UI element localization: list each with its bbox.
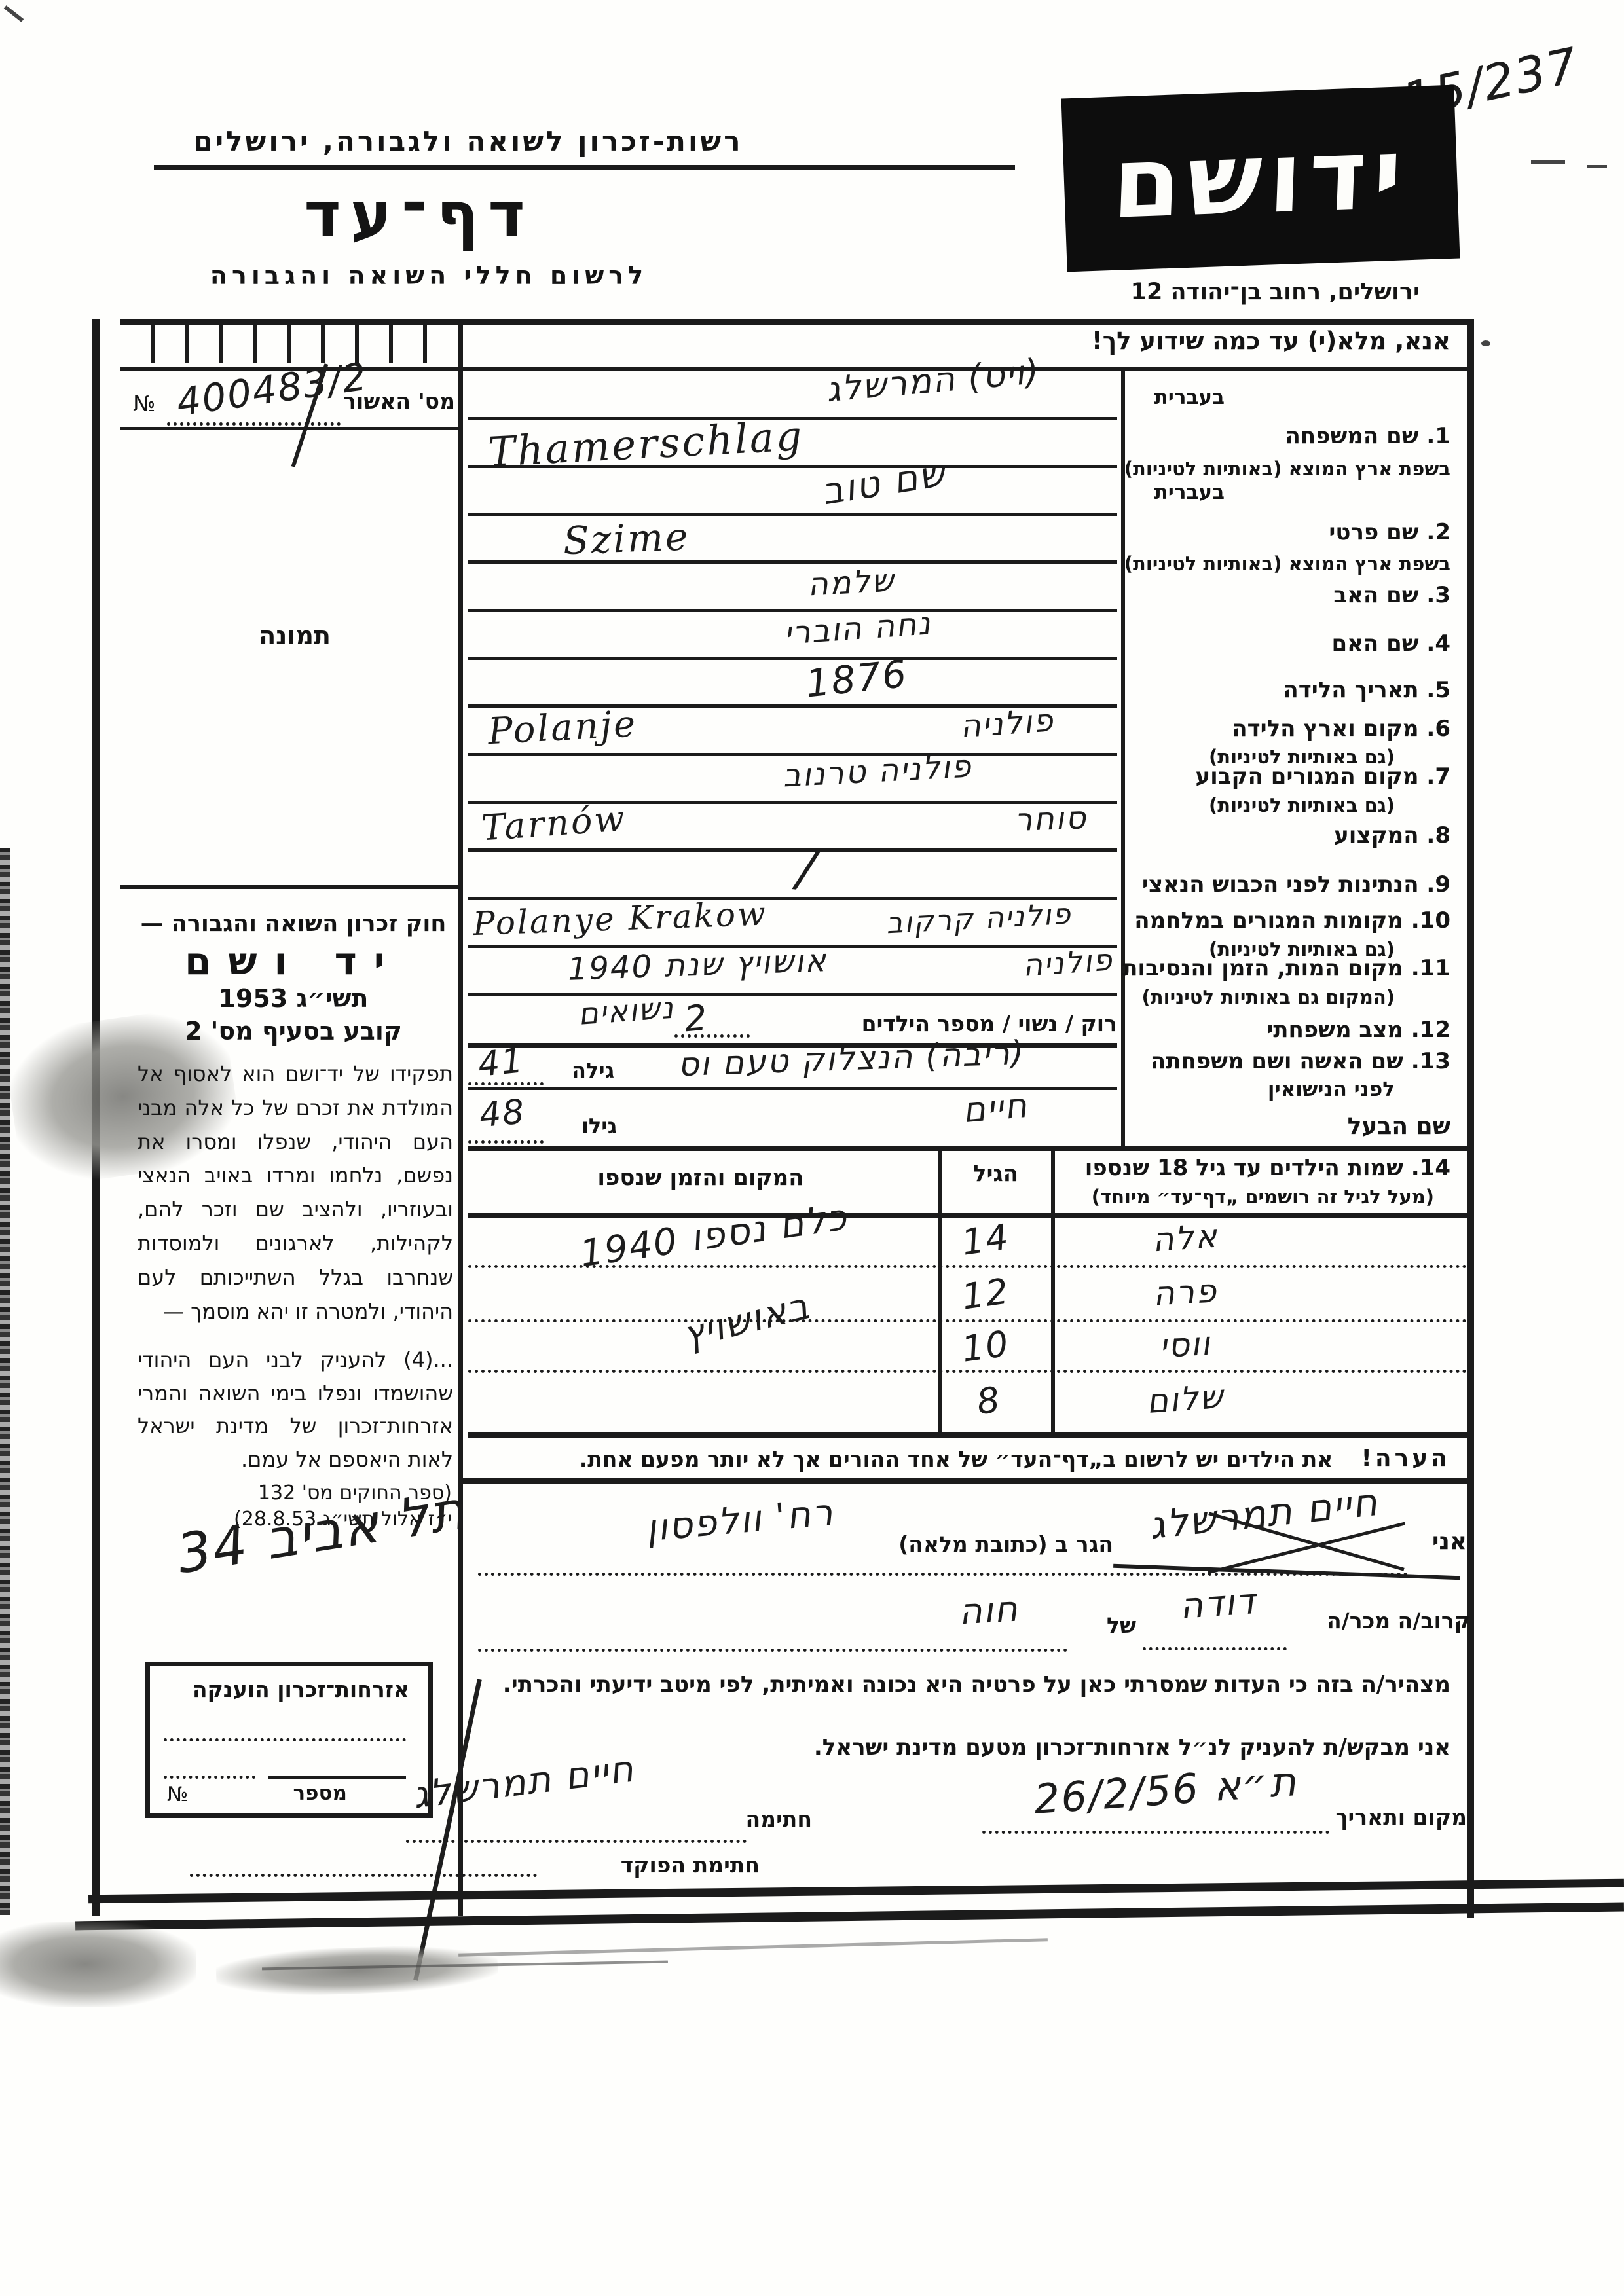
official-dotted (190, 1874, 537, 1877)
left-column-divider (458, 319, 463, 1916)
child-age-hw: 8 (950, 1376, 1027, 1427)
child-age-hw: 12 (940, 1267, 1031, 1320)
field14-label: 14. שמות הילדים עד גיל 18 שנספו (1084, 1154, 1450, 1182)
approval-rule (120, 427, 458, 430)
field7-label: 7. מקום המגורים הקבוע (1136, 763, 1450, 791)
wife-age-hw: 41 (476, 1039, 545, 1085)
birth-year-hw: 1876 (803, 642, 1003, 706)
address-line: ירושלים, רחוב בן־יהודה 12 (1064, 278, 1486, 307)
field8-label: 8. המקצוע (1136, 822, 1450, 850)
of-label: של (1077, 1612, 1136, 1639)
field10-label: 10. מקומות המגורים במלחמה (1110, 907, 1450, 935)
official-signature-label: חתימת הפוקד (563, 1851, 760, 1878)
resides-label: הגר ב (כתובת מלאה) (897, 1531, 1113, 1558)
table-vertical (1051, 1146, 1055, 1437)
answer-rule (468, 657, 1117, 660)
child-name-hw: אלה (1086, 1212, 1284, 1264)
field2-label: 2. שם פרטי (1136, 519, 1450, 547)
scan-scratch (458, 1938, 1048, 1957)
relation-hw: דודה (1148, 1578, 1288, 1629)
firstname-latin-hw: Szime (563, 511, 793, 563)
table-bottom-rule (468, 1432, 1467, 1438)
field2-pre-label: בעברית (1080, 480, 1225, 505)
law-top-rule (120, 885, 458, 889)
signature-label: חתימה (714, 1806, 812, 1832)
scanned-testimony-page: רשות-זכרון לשואה ולגבורה, ירושלים דף־עד … (0, 0, 1624, 2296)
declaration-dotted (478, 1649, 1067, 1652)
grant-number-symbol: № (167, 1782, 206, 1808)
law-body-2: ...(4) להעניק לבני העם היהודי שהושמדו ונ… (138, 1343, 453, 1476)
place-date-hw: ת״א 26/2/56 (1007, 1755, 1324, 1825)
margin-dot (1481, 340, 1490, 346)
marital-status-hw: נשואים (516, 990, 675, 1036)
header-rule (154, 165, 1015, 170)
birth-place-hebrew-hw: פולניה (870, 702, 1055, 751)
scan-smudge (0, 1922, 196, 2007)
husband-age-hw: 48 (478, 1091, 547, 1135)
approval-number-symbol: № (133, 390, 172, 417)
bottom-bar (75, 1903, 1624, 1931)
law-body-1: תפקידו של יד־ושם הוא לאסוף אל המולדת את … (138, 1057, 453, 1329)
child-age-hw: 14 (940, 1213, 1031, 1266)
of-name-hw: חוה (910, 1586, 1069, 1635)
photo-label: תמונה (131, 621, 458, 652)
ruler-tick (321, 322, 325, 363)
field5-label: 5. תאריך הלידה (1136, 676, 1450, 704)
column-header-place: המקום והזמן שנספו (485, 1164, 917, 1192)
margin-dash (1587, 165, 1607, 168)
law-year: תשי״ג 1953 (133, 983, 454, 1015)
form-border-right (1467, 319, 1474, 1918)
declaration-statement: מצהיר/ה בזה כי העדות שמסרתי כאן על פרטיה… (468, 1671, 1450, 1699)
ruler-tick (287, 322, 291, 363)
field4-label: 4. שם האם (1136, 630, 1450, 658)
child-name-hw: שלום (1086, 1374, 1284, 1425)
war-places-hebrew-hw: פולניה קרקוב (844, 895, 1114, 942)
form-title: דף־עד (275, 175, 563, 254)
field12-label: 12. מצב משפחתי (1136, 1016, 1450, 1044)
yad-vashem-logo: ידושם (1061, 85, 1460, 272)
place-date-dotted (982, 1831, 1329, 1834)
org-title: רשות-זכרון לשואה ולגבורה, ירושלים (154, 124, 783, 159)
field14-sub-label: (מעל לגיל זה רושמים „דף־עד״ מיוחד) (1080, 1185, 1434, 1209)
residence-latin-hw: Tarnów (480, 790, 737, 848)
grant-box-line (268, 1776, 406, 1779)
scan-smudge (215, 1943, 498, 1999)
bottom-bar (88, 1879, 1624, 1904)
ruler-tick (219, 322, 223, 363)
ruler-tick (151, 322, 155, 363)
place-date-label: מקום ותאריך (1329, 1804, 1467, 1831)
fill-instruction: אנא, מלא(י) עד כמה שידוע לך! (796, 326, 1450, 356)
declarant-i-label: אני (1408, 1527, 1467, 1556)
answer-rule (468, 609, 1117, 612)
table-row-dotted (468, 1319, 1467, 1322)
child-age-hw: 10 (940, 1320, 1031, 1372)
address-hw: רח' וולפסון (588, 1486, 892, 1555)
field3-label: 3. שם האב (1136, 581, 1450, 610)
field13-label: 13. שם האשה ושם משפחתה (1123, 1048, 1450, 1076)
field11-label: 11. מקום המות, הזמן והנסיבות (1110, 955, 1450, 983)
relative-label: קרוב/ה מכר/ה (1287, 1607, 1470, 1634)
column-header-age: הגיל (942, 1160, 1050, 1188)
table-header-rule (468, 1213, 1467, 1218)
field7-sub-label: (גם באותיות לטיניות) (1120, 793, 1395, 817)
grant-box-title: אזרחות־זכרון הוענקה (160, 1676, 409, 1703)
profession-hw: סוחר (903, 799, 1088, 843)
husband-age-label: גילו (551, 1113, 617, 1139)
residence-hebrew-hw: פולניה טרנוב (700, 744, 1055, 799)
child-name-hw: פרה (1086, 1268, 1285, 1317)
field13-sub-label: לפני הנישואין (1120, 1077, 1395, 1102)
grant-box-dotted (164, 1776, 255, 1779)
logo-text: ידושם (1111, 116, 1411, 240)
field6-label: 6. מקום וארץ הלידה (1136, 715, 1450, 743)
children-count-hw: 2 (682, 994, 738, 1040)
pen-flourish (1113, 1564, 1460, 1580)
declaration-dotted (478, 1573, 1408, 1576)
ruler-tick (253, 322, 257, 363)
declaration-request: אני מבקש/ת להעניק לנ״ל אזרחות־זכרון מטעם… (730, 1734, 1450, 1762)
wife-age-label: גילה (549, 1057, 614, 1084)
child-name-hw: ווסי (1086, 1321, 1285, 1369)
law-clause: קובע בסעיף מס' 2 (133, 1016, 454, 1048)
ruler-tick (185, 322, 189, 363)
signature-dotted (406, 1840, 747, 1843)
grant-number-label: מספר (262, 1781, 347, 1806)
note-bottom-rule (458, 1478, 1473, 1484)
law-heading: חוק זכרון השואה והגבורה — (133, 910, 454, 939)
declaration-dotted (1143, 1647, 1287, 1650)
field1-pre-label: בעברית (1080, 385, 1225, 410)
field1-label: 1. שם המשפחה (1136, 422, 1450, 450)
answer-rule (468, 848, 1117, 852)
field2-sub-label: בשפת ארץ המוצא (באותיות לטיניות) (1097, 552, 1450, 575)
law-name: יד ושם (133, 938, 454, 985)
husband-name-label: שם הבעל (1136, 1112, 1450, 1141)
scan-edge-noise (0, 848, 10, 1915)
margin-dash (1531, 160, 1565, 164)
note-text: את הילדים יש לרשום ב„דף־העד״ של אחד ההור… (498, 1446, 1414, 1472)
grant-box-dotted (164, 1738, 406, 1741)
field9-label: 9. הנתינות לפני הכבוש הנאצי (1110, 871, 1450, 899)
form-subtitle: לרשום חללי השואה והגבורה (151, 261, 707, 292)
answer-rule (468, 993, 1117, 996)
corner-mark (4, 5, 24, 22)
death-place-hebrew-hw: פולניה (929, 941, 1114, 989)
field11-sub-label: (המקום גם באותיות לטיניות) (1113, 985, 1395, 1009)
field1-sub-label: בשפת ארץ המוצא (באותיות לטיניות) (1097, 457, 1450, 481)
declarant-name-hw: חיים תמרשלג (1112, 1476, 1416, 1552)
father-name-hw: שלמה (746, 559, 957, 607)
table-top-rule (468, 1146, 1467, 1151)
age-dotted-line (468, 1140, 544, 1144)
